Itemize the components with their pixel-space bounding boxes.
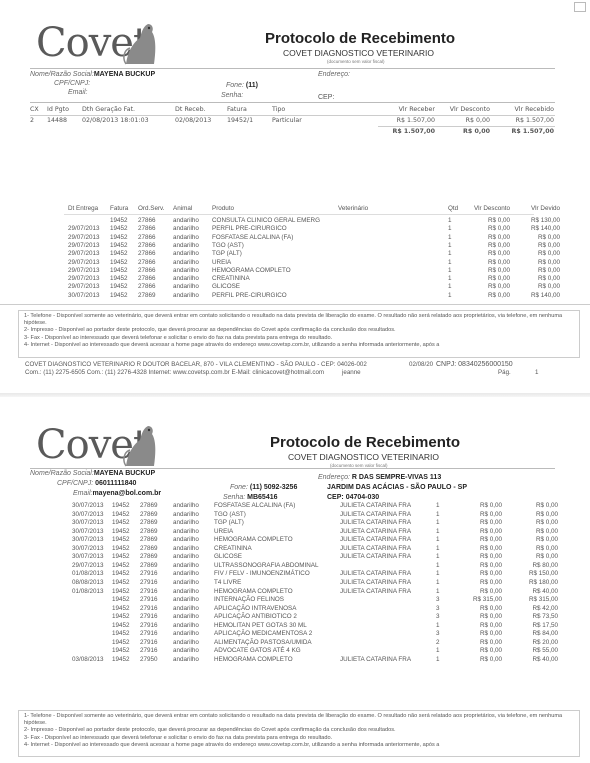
- cell-fatura: 19452: [112, 630, 130, 637]
- footer-page-label: Pág.: [498, 369, 511, 376]
- cell-produto: FOSFATASE ALCALINA (FA): [214, 502, 295, 509]
- cell-animal: andarilho: [173, 613, 199, 620]
- header-vlr-devido: Vlr Devido: [510, 205, 560, 212]
- cell-animal: andarilho: [173, 511, 199, 518]
- cell-ord-serv: 27866: [138, 225, 156, 232]
- cell-animal: andarilho: [173, 283, 199, 290]
- cell-produto: UREIA: [214, 528, 233, 535]
- cell-dt-entrega: 29/07/2013: [68, 259, 100, 266]
- cell-vlr-desconto: R$ 0,00: [448, 502, 502, 509]
- cell-vlr-devido: R$ 0,00: [510, 502, 558, 509]
- divider: [64, 214, 534, 215]
- cell-veterinario: JULIETA CATARINA FRA: [340, 511, 411, 518]
- note-item: 2- Impresso - Disponível ao portador des…: [24, 727, 574, 734]
- cell-ord-serv: 27869: [140, 536, 158, 543]
- cell-vlr-devido: R$ 80,00: [510, 562, 558, 569]
- cell-produto: HEMOGRAMA COMPLETO: [214, 656, 293, 663]
- cell-animal: andarilho: [173, 596, 199, 603]
- cell-vlr-devido: R$ 55,00: [510, 647, 558, 654]
- protocol-page-1: Covet Protocolo de Recebimento COVET DIA…: [0, 0, 590, 395]
- cell-ord-serv: 27916: [140, 570, 158, 577]
- cell-produto: FOSFATASE ALCALINA (FA): [212, 234, 293, 241]
- client-name-field: Nome/Razão Social:MAYENA BUCKUP: [30, 470, 155, 477]
- header-qtd: Qtd: [448, 205, 464, 212]
- cell-vlr-devido: R$ 20,00: [510, 639, 558, 646]
- cell-vlr-devido: R$ 0,00: [510, 267, 560, 274]
- note-item: 2- Impresso - Disponível ao portador des…: [24, 327, 574, 334]
- header-ord-serv: Ord.Serv.: [138, 205, 164, 212]
- cell-vlr-devido: R$ 130,00: [510, 217, 560, 224]
- cell-produto: FIV / FELV - IMUNOENZIMÁTICO: [214, 570, 310, 577]
- cell-vlr-desconto: R$ 0,00: [466, 242, 510, 249]
- cell-ord-serv: 27869: [138, 292, 156, 299]
- client-password-field: Senha:: [221, 92, 243, 99]
- divider: [30, 68, 555, 69]
- cell-dt-entrega: 29/07/2013: [72, 562, 104, 569]
- header-cx: CX: [30, 106, 39, 113]
- cell-animal: andarilho: [173, 250, 199, 257]
- total-vlr-desconto: R$ 0,00: [440, 128, 490, 135]
- cell-produto: HEMOGRAMA COMPLETO: [214, 536, 293, 543]
- client-cep-field: CEP:: [318, 94, 334, 101]
- document-subtitle: COVET DIAGNOSTICO VETERINARIO: [288, 452, 439, 462]
- cell-animal: andarilho: [173, 545, 199, 552]
- cell-ord-serv: 27866: [138, 283, 156, 290]
- cell-qtd: 1: [448, 234, 464, 241]
- cell-veterinario: JULIETA CATARINA FRA: [340, 588, 411, 595]
- client-cpf-field: CPF/CNPJ:: [54, 80, 90, 87]
- cell-ord-serv: 27869: [140, 511, 158, 518]
- cell-ord-serv: 27869: [140, 562, 158, 569]
- cell-animal: andarilho: [173, 234, 199, 241]
- cell-ord-serv: 27916: [140, 622, 158, 629]
- cell-animal: andarilho: [173, 647, 199, 654]
- cell-vlr-desconto: R$ 0,00: [448, 536, 502, 543]
- cell-fatura: 19452: [110, 292, 128, 299]
- cell-ord-serv: 27866: [138, 217, 156, 224]
- cell-vlr-desconto: R$ 0,00: [466, 225, 510, 232]
- cell-ord-serv: 27916: [140, 596, 158, 603]
- footer-page-number: 1: [535, 369, 538, 376]
- cell-vlr-devido: R$ 40,00: [510, 588, 558, 595]
- cell-vlr-devido: R$ 0,00: [510, 283, 560, 290]
- delivery-notes: 1- Telefone - Disponível somente ao vete…: [18, 310, 580, 358]
- cell-vlr-devido: R$ 0,00: [510, 536, 558, 543]
- cell-fatura: 19452: [112, 639, 130, 646]
- cell-vlr-desconto: R$ 0,00: [448, 528, 502, 535]
- footer-user: jeanne: [342, 369, 361, 376]
- total-vlr-receber: R$ 1.507,00: [378, 128, 435, 135]
- cell-fatura: 19452/1: [227, 117, 253, 124]
- payment-table-row: 21448802/08/2013 18:01:0302/08/201319452…: [0, 117, 590, 126]
- cell-vlr-receber: R$ 1.507,00: [378, 117, 435, 124]
- footer-cnpj: CNPJ: 08340256000150: [436, 361, 513, 368]
- cell-animal: andarilho: [173, 588, 199, 595]
- note-item: 4- Internet - Disponível ao interessado …: [24, 742, 574, 749]
- cell-produto: T4 LIVRE: [214, 579, 241, 586]
- cell-vlr-recebido: R$ 1.507,00: [492, 117, 554, 124]
- cell-fatura: 19452: [110, 217, 128, 224]
- cell-veterinario: JULIETA CATARINA FRA: [340, 528, 411, 535]
- cell-ord-serv: 27869: [140, 545, 158, 552]
- cell-vlr-devido: R$ 40,00: [510, 656, 558, 663]
- page-corner-mark: [574, 2, 586, 12]
- cell-produto: ADVOCATE GATOS ATÉ 4 KG: [214, 647, 301, 654]
- client-address-field: Endereço: R DAS SEMPRE-VIVAS 113: [318, 474, 441, 481]
- cell-vlr-desconto: R$ 0,00: [448, 588, 502, 595]
- header-fatura: Fatura: [227, 106, 247, 113]
- cell-dt-entrega: 29/07/2013: [68, 250, 100, 257]
- cell-veterinario: JULIETA CATARINA FRA: [340, 536, 411, 543]
- cell-dt-entrega: 29/07/2013: [68, 283, 100, 290]
- note-item: 1- Telefone - Disponível somente ao vete…: [24, 313, 574, 327]
- cell-vlr-desconto: R$ 0,00: [448, 622, 502, 629]
- cell-veterinario: JULIETA CATARINA FRA: [340, 502, 411, 509]
- mouse-icon: [122, 20, 158, 66]
- client-address-field: Endereço:: [318, 71, 350, 78]
- cell-vlr-desconto: R$ 0,00: [448, 553, 502, 560]
- cell-produto: PERFIL PRE-CIRURGICO: [212, 225, 287, 232]
- cell-animal: andarilho: [173, 605, 199, 612]
- cell-ord-serv: 27866: [138, 259, 156, 266]
- cell-dt-entrega: 30/07/2013: [72, 553, 104, 560]
- cell-fatura: 19452: [112, 605, 130, 612]
- cell-veterinario: JULIETA CATARINA FRA: [340, 570, 411, 577]
- note-item: 3- Fax - Disponível ao interessado que d…: [24, 735, 574, 742]
- cell-qtd: 1: [448, 275, 464, 282]
- cell-vlr-devido: R$ 150,00: [510, 570, 558, 577]
- cell-qtd: 1: [448, 292, 464, 299]
- header-vlr-desconto: Vlr Desconto: [440, 106, 490, 113]
- cell-fatura: 19452: [110, 259, 128, 266]
- cell-vlr-desconto: R$ 0,00: [448, 519, 502, 526]
- cell-dt-entrega: 08/08/2013: [72, 579, 104, 586]
- cell-produto: APLICAÇÃO ANTIBIOTICO 2: [214, 613, 297, 620]
- cell-veterinario: JULIETA CATARINA FRA: [340, 519, 411, 526]
- cell-ord-serv: 27916: [140, 605, 158, 612]
- cell-animal: andarilho: [173, 630, 199, 637]
- client-name-field: Nome/Razão Social:MAYENA BUCKUP: [30, 71, 155, 78]
- cell-ord-serv: 27869: [140, 519, 158, 526]
- cell-produto: ULTRASSONOGRAFIA ABDOMINAL: [214, 562, 319, 569]
- cell-vlr-devido: R$ 0,00: [510, 275, 560, 282]
- cell-produto: CREATININA: [214, 545, 252, 552]
- header-vlr-receber: Vlr Receber: [378, 106, 435, 113]
- cell-vlr-desconto: R$ 0,00: [466, 259, 510, 266]
- cell-animal: andarilho: [173, 536, 199, 543]
- cell-dt-entrega: 29/07/2013: [68, 234, 100, 241]
- cell-produto: CREATININA: [212, 275, 250, 282]
- cell-fatura: 19452: [110, 267, 128, 274]
- header-tipo: Tipo: [272, 106, 285, 113]
- cell-vlr-desconto: R$ 0,00: [448, 511, 502, 518]
- cell-animal: andarilho: [173, 502, 199, 509]
- note-item: 4- Internet - Disponível ao interessado …: [24, 342, 574, 349]
- cell-ord-serv: 27916: [140, 613, 158, 620]
- document-title: Protocolo de Recebimento: [270, 434, 460, 451]
- cell-dt-receb: 02/08/2013: [175, 117, 211, 124]
- cell-qtd: 1: [448, 225, 464, 232]
- cell-produto: APLICAÇÃO INTRAVENOSA: [214, 605, 296, 612]
- cell-vlr-desconto: R$ 0,00: [466, 283, 510, 290]
- cell-ord-serv: 27916: [140, 579, 158, 586]
- cell-dt-entrega: 01/08/2013: [72, 570, 104, 577]
- cell-fatura: 19452: [112, 502, 130, 509]
- cell-vlr-devido: R$ 42,00: [510, 605, 558, 612]
- cell-animal: andarilho: [173, 553, 199, 560]
- cell-animal: andarilho: [173, 242, 199, 249]
- cell-fatura: 19452: [112, 570, 130, 577]
- divider: [378, 126, 555, 127]
- cell-vlr-desconto: R$ 0,00: [466, 292, 510, 299]
- cell-fatura: 19452: [110, 225, 128, 232]
- cell-veterinario: JULIETA CATARINA FRA: [340, 656, 411, 663]
- cell-vlr-devido: R$ 0,00: [510, 234, 560, 241]
- client-neighborhood: JARDIM DAS ACÁCIAS - SÃO PAULO - SP: [327, 484, 467, 491]
- cell-dt-entrega: 30/07/2013: [72, 502, 104, 509]
- cell-dt-entrega: 30/07/2013: [72, 528, 104, 535]
- cell-dth-geracao: 02/08/2013 18:01:03: [82, 117, 149, 124]
- cell-produto: HEMOLITAN PET GOTAS 30 ML: [214, 622, 307, 629]
- divider: [30, 468, 555, 469]
- cell-vlr-devido: R$ 0,00: [510, 242, 560, 249]
- cell-vlr-desconto: R$ 0,00: [448, 579, 502, 586]
- footer-date: 02/08/20: [409, 361, 433, 368]
- cell-qtd: 1: [448, 283, 464, 290]
- cell-qtd: 1: [448, 217, 464, 224]
- cell-animal: andarilho: [173, 562, 199, 569]
- cell-ord-serv: 27869: [140, 528, 158, 535]
- cell-produto: GLICOSE: [214, 553, 242, 560]
- cell-fatura: 19452: [112, 562, 130, 569]
- cell-vlr-devido: R$ 0,00: [510, 528, 558, 535]
- cell-produto: PERFIL PRE-CIRURGICO: [212, 292, 287, 299]
- cell-produto: APLICAÇÃO MEDICAMENTOSA 2: [214, 630, 312, 637]
- cell-qtd: 1: [448, 259, 464, 266]
- cell-vlr-devido: R$ 17,50: [510, 622, 558, 629]
- cell-fatura: 19452: [112, 519, 130, 526]
- header-dth-geracao: Dth Geração Fat.: [82, 106, 135, 113]
- cell-dt-entrega: 30/07/2013: [72, 511, 104, 518]
- payment-totals-row: R$ 1.507,00R$ 0,00R$ 1.507,00: [0, 128, 590, 137]
- cell-vlr-devido: R$ 0,00: [510, 250, 560, 257]
- cell-fatura: 19452: [110, 234, 128, 241]
- cell-fatura: 19452: [112, 622, 130, 629]
- cell-vlr-desconto: R$ 0,00: [466, 217, 510, 224]
- covet-logo: Covet: [36, 422, 148, 468]
- cell-produto: TGP (ALT): [214, 519, 244, 526]
- cell-animal: andarilho: [173, 579, 199, 586]
- cell-fatura: 19452: [112, 588, 130, 595]
- header-vlr-recebido: Vlr Recebido: [492, 106, 554, 113]
- cell-animal: andarilho: [173, 225, 199, 232]
- cell-vlr-devido: R$ 140,00: [510, 225, 560, 232]
- client-password-field: Senha: MB65416: [223, 494, 278, 501]
- cell-ord-serv: 27866: [138, 250, 156, 257]
- cell-ord-serv: 27950: [140, 656, 158, 663]
- cell-veterinario: JULIETA CATARINA FRA: [340, 545, 411, 552]
- cell-animal: andarilho: [173, 267, 199, 274]
- client-cpf-field: CPF/CNPJ: 06011111840: [57, 480, 136, 487]
- cell-vlr-devido: R$ 315,00: [510, 596, 558, 603]
- cell-animal: andarilho: [173, 656, 199, 663]
- cell-vlr-desconto: R$ 0,00: [448, 613, 502, 620]
- footer-company-address: COVET DIAGNOSTICO VETERINARIO R DOUTOR B…: [25, 361, 367, 368]
- cell-fatura: 19452: [112, 647, 130, 654]
- cell-animal: andarilho: [173, 622, 199, 629]
- cell-dt-entrega: 01/08/2013: [72, 588, 104, 595]
- cell-vlr-desconto: R$ 0,00: [466, 234, 510, 241]
- cell-fatura: 19452: [112, 511, 130, 518]
- header-dt-entrega: Dt Entrega: [68, 205, 98, 212]
- cell-dt-entrega: 30/07/2013: [72, 536, 104, 543]
- cell-vlr-desconto: R$ 0,00: [448, 605, 502, 612]
- note-item: 1- Telefone - Disponível somente ao vete…: [24, 713, 574, 727]
- cell-animal: andarilho: [173, 217, 199, 224]
- total-vlr-recebido: R$ 1.507,00: [492, 128, 554, 135]
- cell-dt-entrega: 30/07/2013: [72, 519, 104, 526]
- cell-vlr-desconto: R$ 0,00: [448, 656, 502, 663]
- payment-table-header: CXId PgtoDth Geração Fat.Dt Receb.Fatura…: [0, 106, 590, 115]
- header-animal: Animal: [173, 205, 192, 212]
- cell-vlr-desconto: R$ 0,00: [448, 570, 502, 577]
- document-title: Protocolo de Recebimento: [265, 30, 455, 47]
- cell-ord-serv: 27916: [140, 639, 158, 646]
- cell-ord-serv: 27916: [140, 647, 158, 654]
- cell-produto: TGO (AST): [212, 242, 244, 249]
- footer-contacts: Com.: (11) 2275-6505 Com.: (11) 2276-432…: [25, 369, 324, 376]
- cell-animal: andarilho: [173, 275, 199, 282]
- cell-ord-serv: 27916: [140, 588, 158, 595]
- protocol-page-2: Covet Protocolo de Recebimento COVET DIA…: [0, 398, 590, 763]
- cell-animal: andarilho: [173, 570, 199, 577]
- table-row: 03/08/20131945227950andarilhoHEMOGRAMA C…: [0, 656, 590, 665]
- cell-animal: andarilho: [173, 259, 199, 266]
- cell-vlr-desconto: R$ 0,00: [448, 639, 502, 646]
- client-phone-field: Fone: (11) 5092-3256: [230, 484, 297, 491]
- cell-fatura: 19452: [110, 242, 128, 249]
- cell-qtd: 1: [448, 242, 464, 249]
- cell-vlr-devido: R$ 0,00: [510, 553, 558, 560]
- client-email-field: Email:mayena@bol.com.br: [73, 490, 161, 497]
- cell-vlr-desconto: R$ 0,00: [466, 275, 510, 282]
- header-dt-receb: Dt Receb.: [175, 106, 206, 113]
- cell-vlr-devido: R$ 0,00: [510, 259, 560, 266]
- client-cep-field: CEP: 04704-030: [327, 494, 379, 501]
- cell-produto: ALIMENTAÇÃO PASTOSA/UMIDA: [214, 639, 312, 646]
- cell-vlr-devido: R$ 140,00: [510, 292, 560, 299]
- header-id-pgto: Id Pgto: [47, 106, 69, 113]
- cell-tipo: Particular: [272, 117, 302, 124]
- cell-fatura: 19452: [112, 553, 130, 560]
- client-email-field: Email:: [68, 89, 87, 96]
- cell-cx: 2: [30, 117, 34, 124]
- mouse-icon: [122, 422, 158, 468]
- cell-fatura: 19452: [110, 250, 128, 257]
- cell-animal: andarilho: [173, 519, 199, 526]
- cell-vlr-desconto: R$ 315,00: [448, 596, 502, 603]
- client-phone-field: Fone: (11): [226, 82, 258, 89]
- cell-vlr-desconto: R$ 0,00: [448, 630, 502, 637]
- cell-ord-serv: 27916: [140, 630, 158, 637]
- header-veterinario: Veterinário: [338, 205, 368, 212]
- cell-ord-serv: 27869: [140, 502, 158, 509]
- header-produto: Produto: [212, 205, 234, 212]
- divider: [0, 304, 590, 305]
- cell-produto: INTERNAÇÃO FELINOS: [214, 596, 284, 603]
- cell-ord-serv: 27866: [138, 234, 156, 241]
- covet-logo: Covet: [36, 20, 148, 66]
- cell-vlr-devido: R$ 0,00: [510, 545, 558, 552]
- cell-vlr-desconto: R$ 0,00: [440, 117, 490, 124]
- cell-ord-serv: 27866: [138, 267, 156, 274]
- cell-produto: TGP (ALT): [212, 250, 242, 257]
- cell-dt-entrega: 29/07/2013: [68, 225, 100, 232]
- cell-qtd: 1: [448, 267, 464, 274]
- cell-produto: HEMOGRAMA COMPLETO: [212, 267, 291, 274]
- page-separator: [0, 393, 590, 397]
- cell-veterinario: JULIETA CATARINA FRA: [340, 553, 411, 560]
- note-item: 3- Fax - Disponível ao interessado que d…: [24, 335, 574, 342]
- cell-vlr-devido: R$ 84,00: [510, 630, 558, 637]
- cell-vlr-desconto: R$ 0,00: [448, 545, 502, 552]
- cell-vlr-desconto: R$ 0,00: [448, 562, 502, 569]
- cell-vlr-desconto: R$ 0,00: [466, 267, 510, 274]
- cell-produto: TGO (AST): [214, 511, 246, 518]
- cell-id-pgto: 14488: [47, 117, 67, 124]
- cell-fatura: 19452: [112, 596, 130, 603]
- cell-qtd: 1: [448, 250, 464, 257]
- cell-animal: andarilho: [173, 528, 199, 535]
- cell-produto: UREIA: [212, 259, 231, 266]
- cell-produto: GLICOSE: [212, 283, 240, 290]
- cell-dt-entrega: 29/07/2013: [68, 275, 100, 282]
- fiscal-note: (documento sem valor fiscal): [327, 59, 385, 64]
- table-row: 30/07/20131945227869andarilhoPERFIL PRE-…: [0, 292, 590, 301]
- cell-vlr-desconto: R$ 0,00: [448, 647, 502, 654]
- cell-fatura: 19452: [110, 275, 128, 282]
- cell-dt-entrega: 29/07/2013: [68, 267, 100, 274]
- divider: [30, 115, 555, 116]
- cell-ord-serv: 27866: [138, 275, 156, 282]
- cell-fatura: 19452: [112, 613, 130, 620]
- header-fatura: Fatura: [110, 205, 128, 212]
- cell-animal: andarilho: [173, 292, 199, 299]
- cell-dt-entrega: 03/08/2013: [72, 656, 104, 663]
- items-table-header: Dt EntregaFaturaOrd.Serv.AnimalProdutoVe…: [0, 205, 590, 214]
- cell-fatura: 19452: [112, 656, 130, 663]
- cell-ord-serv: 27869: [140, 553, 158, 560]
- cell-fatura: 19452: [112, 545, 130, 552]
- cell-fatura: 19452: [112, 528, 130, 535]
- cell-vlr-devido: R$ 0,00: [510, 511, 558, 518]
- cell-vlr-devido: R$ 0,00: [510, 519, 558, 526]
- cell-produto: HEMOGRAMA COMPLETO: [214, 588, 293, 595]
- divider: [30, 102, 555, 103]
- cell-dt-entrega: 30/07/2013: [72, 545, 104, 552]
- cell-ord-serv: 27866: [138, 242, 156, 249]
- cell-animal: andarilho: [173, 639, 199, 646]
- cell-dt-entrega: 30/07/2013: [68, 292, 100, 299]
- cell-veterinario: JULIETA CATARINA FRA: [340, 579, 411, 586]
- cell-fatura: 19452: [112, 536, 130, 543]
- cell-vlr-devido: R$ 73,50: [510, 613, 558, 620]
- delivery-notes: 1- Telefone - Disponível somente ao vete…: [18, 710, 580, 757]
- header-vlr-desconto: Vlr Desconto: [466, 205, 510, 212]
- cell-dt-entrega: 29/07/2013: [68, 242, 100, 249]
- cell-fatura: 19452: [110, 283, 128, 290]
- cell-vlr-desconto: R$ 0,00: [466, 250, 510, 257]
